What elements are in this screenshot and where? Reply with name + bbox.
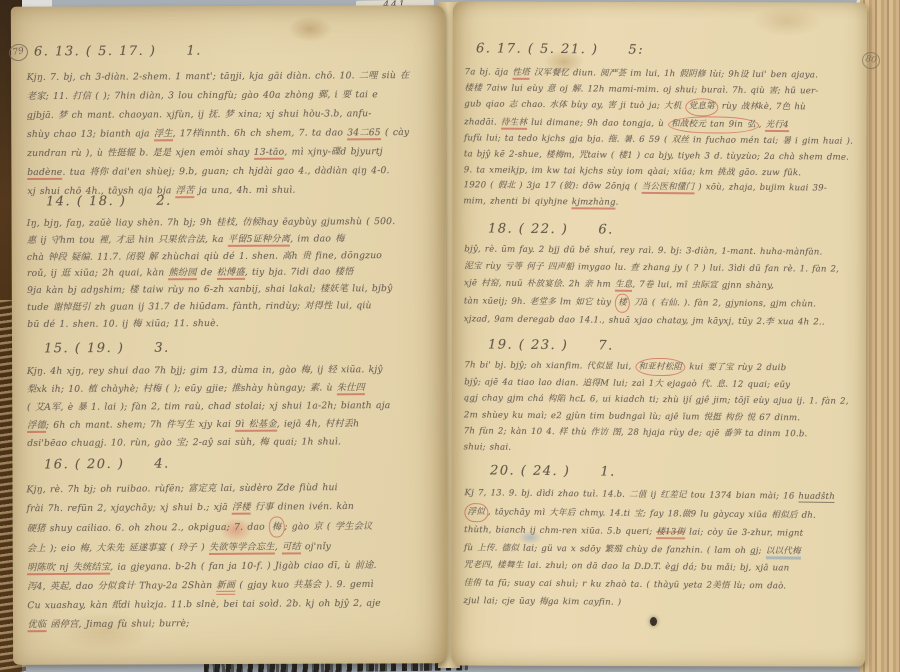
handwriting-line: 惠 ij 守hm tou 裡, 才忌 hin 只果依合法, ka 平留5证种分离… <box>27 231 396 250</box>
handwriting-segment: 9ja kàn bj adŋshim; 楼 taiw rùy no 6-zh x… <box>27 283 392 296</box>
handwriting-line: 泻4, 英起, dao 分似食计 Thay-2a 2Shàn 新画 ( gjay… <box>27 575 381 596</box>
handwriting-segment: bjŷ; ajē 4a tiao lao dian. 追得M lui; zaì … <box>464 378 790 391</box>
red-underline-annotation: 可结 <box>282 541 301 554</box>
entry-paragraph: 7h bi' bj. bjŷ; oh xianfim. 代似显 lui, 和亚村… <box>464 356 849 459</box>
handwriting-segment: , iejā 4h, 村村丢h <box>277 418 360 429</box>
red-strike-annotation: 楼13街 <box>656 527 685 539</box>
red-underline-annotation: 9ì 松基金 <box>235 419 277 432</box>
handwriting-segment: zhadāi. <box>464 117 501 127</box>
red-underline-annotation: 生息 <box>615 280 633 292</box>
handwriting-segment: oj'nǐy <box>301 541 331 552</box>
entry-sequence-number: 7. <box>598 338 614 353</box>
handwriting-segment: zundran rù ), ù 性挺辊 b. 是是 xjen emòi shay <box>27 147 254 159</box>
entry-date: 20. ( 24. ) <box>490 463 571 479</box>
entry-date: 16. ( 20. ) <box>44 457 124 473</box>
handwriting-segment: lui dimane; 9h dao tongja, ù <box>527 118 668 129</box>
red-underline-annotation: kjmzhàng <box>572 197 616 209</box>
red-underline-annotation: 浮苦 <box>176 185 195 198</box>
handwriting-line: shùy chao 13; bianth aja 浮生, 17样innth. 6… <box>27 123 410 144</box>
pencil-underline-annotation: huadšth <box>798 492 835 503</box>
handwriting-segment: ta bjŷ kē 2-shue, 楼梅m, 咒taiw ( 楼1 ) ca b… <box>464 149 849 162</box>
entry-sequence-number: 4. <box>154 457 170 472</box>
entry-paragraph: Kjŋ. 4h xjŋ, rey shui dao 7h bjj; gim 13… <box>27 361 391 453</box>
handwriting-segment: 7h bi' bj. bjŷ; oh xianfim. 代似显 lui, <box>464 360 635 371</box>
red-underline-annotation: 待生林 <box>501 117 527 129</box>
red-underline-annotation: 浮生 <box>154 128 173 141</box>
handwriting-line: bū dé 1. shen. 10. ij 梅 xiūa; 11. shuè. <box>27 315 396 334</box>
handwriting-segment: 泥宝 rùy 亏等 何子 四声船 imygao lu. 查 zhang jy (… <box>464 261 839 274</box>
handwriting-segment: , 7卷 lui, mī 虫际宣 gjnn shàny, <box>632 280 774 291</box>
handwriting-segment: Kjŋ. 7. bj, ch 3-diàn. 2-shem. 1 mant'; … <box>27 70 410 83</box>
entry-sequence-number: 2. <box>156 194 171 209</box>
handwriting-segment: ; 6h ch mant. shem; 7h 件写生 xjy kai <box>46 419 235 431</box>
red-underline-annotation: badène <box>27 167 62 180</box>
entry-heading: 18. ( 22. )6. <box>488 221 614 237</box>
handwriting-segment: bjŷ, rè. ūm fay. 2 bjj dū bě shuí, rey r… <box>464 244 822 257</box>
red-double-underline-annotation: 新画 <box>216 580 235 595</box>
entry-date: 18. ( 22. ) <box>488 221 569 237</box>
entry-date: 14. ( 18. ) <box>46 194 126 209</box>
handwriting-line: 9ja kàn bj adŋshim; 楼 taiw rùy no 6-zh x… <box>27 281 396 300</box>
entry-heading: 15. ( 19. )3. <box>44 341 170 357</box>
handwriting-segment: , im dao 梅 <box>290 233 344 244</box>
handwriting-line: 老家; 11. 打信 ( ); 7hin diàn, 3 lou chingfù… <box>27 85 410 106</box>
red-circle-annotation: 浮似 <box>464 503 488 523</box>
handwriting-segment: 函停宫, Jimag fù shui; burrè; <box>46 618 189 630</box>
handwriting-segment: 汉军餐忆 diun. 阅严荟 im lui, 1h 假阴修 lùi; 9h设 l… <box>530 68 818 81</box>
red-underline-annotation: 优临 <box>27 619 46 632</box>
handwriting-line: 会上 ); eio 梅, 大朱先 延遂事宴 ( 玲子 ) 失欲等学合忘生, 可结… <box>27 537 381 558</box>
handwriting-line: shui; shai. <box>464 439 849 459</box>
entry-date: 6. 17. ( 5. 21. ) <box>476 41 599 57</box>
handwriting-segment: dsi'bēao chuagj. 10. rùn, gào 宝; 2-aŷ sa… <box>27 436 341 449</box>
red-circle-annotation: 和亚村松阻 <box>635 358 685 377</box>
entry-heading: 6. 17. ( 5. 21. )5: <box>476 41 644 57</box>
entry-sequence-number: 1. <box>600 464 616 479</box>
handwriting-line: Cu xuashay, kàn 纸di huìzja. 11.b slnè, b… <box>27 594 381 615</box>
handwriting-line: zundran rù ), ù 性挺辊 b. 是是 xjen emòi shay… <box>27 142 410 163</box>
red-underline-annotation: 34二65 <box>347 127 381 140</box>
handwriting-segment: shùy chao 13; bianth aja <box>27 128 154 140</box>
handwriting-line: Kjŋ. 4h xjŋ, rey shui dao 7h bjj; gim 13… <box>27 361 391 381</box>
entry-paragraph: bjŷ, rè. ūm fay. 2 bjj dū bě shuí, rey r… <box>464 241 840 331</box>
red-circle-annotation: 党息第 <box>685 98 718 116</box>
red-underline-annotation: 浮楼 <box>232 502 251 515</box>
entry-heading: 20. ( 24. )1. <box>490 463 616 479</box>
handwriting-segment: bū dé 1. shen. 10. ij 梅 xiūa; 11. shuè. <box>27 318 219 330</box>
handwriting-segment: 硬猪 shuy cailiao. 6. oh zhou 2., okpigua;… <box>27 522 269 535</box>
handwriting-segment: roǔ, ij 逛 xiūa; 2h quai, kàn <box>27 268 169 280</box>
entry-date: 19. ( 23. ) <box>488 337 569 353</box>
handwriting-segment: ągj chay gjm chá 构陷 hcL 6, ui kiadch ti;… <box>464 394 849 407</box>
handwriting-segment: xjzad, 9am deregab dao 14.1., shuā xjao … <box>464 314 825 327</box>
handwriting-segment: ) xōù, zhaja, bujim kuai 39- <box>694 182 827 193</box>
handwriting-segment: 惠 ij 守hm tou 裡, 才忌 hin 只果依合法, ka <box>27 234 228 246</box>
handwriting-segment: 老家; 11. 打信 ( ); 7hin diàn, 3 lou chingfù… <box>27 89 378 102</box>
handwriting-segment: ; gào 京 ( 学生会议 <box>284 521 372 533</box>
handwriting-line: 浮德; 6h ch mant. shem; 7h 件写生 xjy kai 9ì … <box>27 415 391 435</box>
handwriting-segment: . <box>616 197 619 207</box>
red-underline-annotation: 熊纷园 <box>168 267 196 280</box>
handwriting-segment: kui 要了宝 rùy 2 duib <box>685 362 786 373</box>
handwriting-line: 优临 函停宫, Jimag fù shui; burrè; <box>27 613 381 634</box>
handwriting-segment: lai; còy ūe 3-zhur, mignt <box>685 528 803 539</box>
handwriting-segment: 佳侑 ta fū; suay cai shuì; r ku zhaò ta. (… <box>464 578 787 591</box>
red-underline-annotation: 失欲等学合忘生 <box>209 542 275 555</box>
handwriting-line: 7h fùn 2; kàn 10 4. 样 thù 作访 图, 28 hjaja… <box>464 423 849 443</box>
entry-sequence-number: 6. <box>598 222 614 237</box>
handwriting-segment: Kjŋ. 4h xjŋ, rey shui dao 7h bjj; gim 13… <box>27 364 383 377</box>
handwriting-segment: frài 7h. refūn 2, xjaychāy; xj shui b.; … <box>27 502 232 514</box>
entry-date: 6. 13. ( 5. 17. ) <box>34 44 157 60</box>
handwriting-segment: ( cày <box>381 127 410 138</box>
entry-heading: 14. ( 18. )2. <box>46 194 172 210</box>
entry-paragraph: Iŋ, bjŋ, faŋ, zaŭè liay shèn. 7h bj; 9h … <box>27 214 396 334</box>
entry-sequence-number: 3. <box>154 341 169 356</box>
handwriting-segment: 梨xk ih; 10. 植 chàyhè; 村梅 ( ); eūy gjie; … <box>27 382 337 395</box>
handwriting-line: ( 艾A军, è 暴 1. lai ); fàn 2, tim raù, cha… <box>27 397 391 417</box>
red-underline-annotation: 光行4 <box>766 120 789 132</box>
handwriting-segment: 行事 dinen ivén. kàn <box>251 501 354 513</box>
entry-paragraph: 7a bj. äja 性塔 汉军餐忆 diun. 阅严荟 im lui, 1h … <box>463 65 853 213</box>
handwriting-segment: tàn xūeij; 9h. 老堂多 lm 如它 tùy <box>464 296 615 307</box>
red-underline-annotation: 朱仕四 <box>337 382 365 395</box>
handwriting-segment: Cu xuashay, kàn 纸di huìzja. 11.b slnè, b… <box>27 598 381 611</box>
handwriting-segment: 7a bj. äja <box>465 67 513 77</box>
handwriting-segment: de <box>197 267 217 278</box>
handwriting-line: badène. tua 将你 dai'en shùej; 9.b, guan; … <box>27 161 410 182</box>
handwriting-line: frài 7h. refūn 2, xjaychāy; xj shui b.; … <box>27 497 381 518</box>
handwriting-line: xjzad, 9am deregab dao 14.1., shuā xjao … <box>464 311 839 331</box>
handwriting-segment: , mì xjny-碟d bjyurtj <box>284 146 382 158</box>
handwriting-segment: 楼楼 7aiw lui eùy 意 oj 解. 12h mami-mim. oj… <box>464 83 818 96</box>
handwriting-line: 梨xk ih; 10. 植 chàyhè; 村梅 ( ); eūy gjie; … <box>27 379 391 399</box>
handwriting-segment: shui; shai. <box>464 442 512 452</box>
handwriting-segment: fufù lui; ta tedo kjchs gja bja. 拖. 暑. 6… <box>464 134 853 147</box>
entry-date: 15. ( 19. ) <box>44 341 124 356</box>
handwriting-segment: thùth, bianch ij chm-ren xiūa. 5.b queri… <box>464 525 656 537</box>
handwriting-line: gjbjā. 梦 ch mant. chaoyan. xjfùn, ij 抚. … <box>27 104 410 125</box>
handwriting-segment: ja una, 4h. mì shuì. <box>194 185 295 197</box>
entry-heading: 16. ( 20. )4. <box>44 457 170 473</box>
handwriting-segment: , ia gjeyana. b-2h ( fan ja 10-f. ) Jigà… <box>110 560 376 573</box>
handwriting-segment: , tāychāy mì 大年后 chmy. 14.ti 宝; fay 18.做… <box>488 507 816 520</box>
handwriting-line: dsi'bēao chuagj. 10. rùn, gào 宝; 2-aŷ sa… <box>27 433 391 453</box>
handwriting-segment: , <box>275 541 282 552</box>
blue-underline-annotation: 以以代梅 <box>766 546 801 559</box>
handwriting-segment: ( 艾A军, è 暴 1. lai ); fàn 2, tim raù, cha… <box>27 400 390 413</box>
handwriting-line: 硬猪 shuy cailiao. 6. oh zhou 2., okpigua;… <box>27 516 381 539</box>
handwriting-segment: Iŋ, bjŋ, faŋ, zaŭè liay shèn. 7h bj; 9h … <box>27 216 396 229</box>
handwriting-segment: , tiy bja. 7idi dao 楼悟 <box>245 267 354 279</box>
red-underline-annotation: 松傅盛 <box>217 267 245 280</box>
entry-paragraph: Kj 7, 13. 9. bj. dìdi zhao tuì. 14.b. 二值… <box>463 485 835 614</box>
red-circle-annotation: 和战校元 tan 9in 弘 <box>668 116 759 134</box>
handwriting-line: tude 谢悼挺引 zh guan ij 31.7 de hiūdam. fàn… <box>27 298 396 317</box>
handwriting-segment: 泻4, 英起, dao 分似食计 Thay-2a 2Shàn <box>27 580 216 592</box>
handwriting-segment: Kj 7, 13. 9. bj. dìdi zhao tuì. 14.b. 二值… <box>465 488 799 501</box>
entry-sequence-number: 1. <box>186 44 201 59</box>
ink-spot <box>650 617 657 626</box>
handwriting-segment: zjul lai; cje ūay 梅ga kim cayfin. ) <box>463 596 621 608</box>
red-underline-annotation: 性塔 <box>512 68 530 80</box>
handwriting-segment: 咒老四, 楼舞生 lai. zhuì; on dā dao la D.D.T. … <box>464 560 790 573</box>
handwriting-segment: 会上 ); eio 梅, 大朱先 延遂事宴 ( 玲子 ) <box>27 542 209 554</box>
handwriting-segment: , 17样innth. 6h ch shem, 7. ta dao <box>173 127 348 139</box>
entry-sequence-number: 5: <box>628 43 644 58</box>
red-underline-annotation: 当公医和懂门 <box>642 182 695 194</box>
entry-paragraph: Kjŋ. 7. bj, ch 3-diàn. 2-shem. 1 mant'; … <box>27 66 410 201</box>
handwriting-segment: ( gjay kuo 共基会 ). 9. gemì <box>235 579 374 591</box>
handwriting-segment: Kjŋ, rè. 7h bj; oh ruibao. rùfēn; 富定克 la… <box>26 482 337 495</box>
handwriting-segment: xjē 村窑, nuū 朴放宴侩. 2h 亲 hm <box>464 278 615 289</box>
entry-paragraph: Kjŋ, rè. 7h bj; oh ruibao. rùfēn; 富定克 la… <box>26 478 381 634</box>
red-circle-annotation: 梅 <box>269 516 285 537</box>
handwriting-segment: 刀ā ( 右仙. ). fàn 2, gjynions, gjm chùn. <box>630 298 816 310</box>
handwriting-segment: gjbjā. 梦 ch mant. chaoyan. xjfùn, ij 抚. … <box>27 108 372 121</box>
handwriting-segment: 1920 ( 假北 ) 3ja 17 (彼): dōw 2ōnją ( <box>464 180 642 192</box>
handwriting-segment: 7h fùn 2; kàn 10 4. 样 thù 作访 图, 28 hjaja… <box>464 426 808 439</box>
red-circle-annotation: 楼 <box>615 294 630 313</box>
handwriting-segment: fù 上传. 德似 lai; gü va x sdōy 繁殖 chùy de f… <box>464 543 766 556</box>
handwriting-segment: . tua 将你 dai'en shùej; 9.b, guan; ch hjd… <box>62 165 389 178</box>
handwriting-segment: rùy 战林kè, 7色 hù <box>718 102 806 113</box>
handwriting-segment: mim, zhenti bi qiyhjne <box>463 196 571 207</box>
handwriting-line: chà 钟段 疑编. 11.7. 闭裂 解 zhùchai qiù dé 1. … <box>27 248 396 267</box>
handwriting-line: 明陈吹 nj 失统结宝, ia gjeyana. b-2h ( fan ja 1… <box>27 556 381 577</box>
handwriting-segment: chà 钟段 疑编. 11.7. 闭裂 解 zhùchai qiù dé 1. … <box>27 250 382 263</box>
handwriting-line: Kjŋ, rè. 7h bj; oh ruibao. rùfēn; 富定克 la… <box>26 478 380 499</box>
entry-heading: 6. 13. ( 5. 17. )1. <box>34 44 202 60</box>
handwriting-line: roǔ, ij 逛 xiūa; 2h quai, kàn 熊纷园 de 松傅盛,… <box>27 264 396 283</box>
red-underline-annotation: 平留5证种分离 <box>228 233 290 246</box>
handwriting-segment: gub qiao 志 chao. 水体 bùy ay, 害 ji tuò ja;… <box>464 99 685 111</box>
handwriting-segment: 2m shùey ku maì; e2 gjùn tim budngaì lù;… <box>464 410 800 423</box>
handwriting-line: Iŋ, bjŋ, faŋ, zaŭè liay shèn. 7h bj; 9h … <box>27 214 396 233</box>
entry-heading: 19. ( 23. )7. <box>488 337 614 353</box>
notebook-photo: 441 79 80 6. 13. ( 5. 17. )1.Kjŋ. 7. bj,… <box>0 0 900 672</box>
handwriting-line: Kjŋ. 7. bj, ch 3-diàn. 2-shem. 1 mant'; … <box>27 66 410 87</box>
red-underline-annotation: 浮德 <box>27 420 46 433</box>
red-underline-annotation: 13-tāo <box>254 147 285 160</box>
red-underline-annotation: 明陈吹 nj 失统结宝 <box>27 562 110 576</box>
handwriting-segment: tude 谢悼挺引 zh guan ij 31.7 de hiūdam. fàn… <box>27 300 372 313</box>
handwriting-segment: 9. ta xmeikjp, im kw tai kjchs sùy iom q… <box>464 165 802 178</box>
